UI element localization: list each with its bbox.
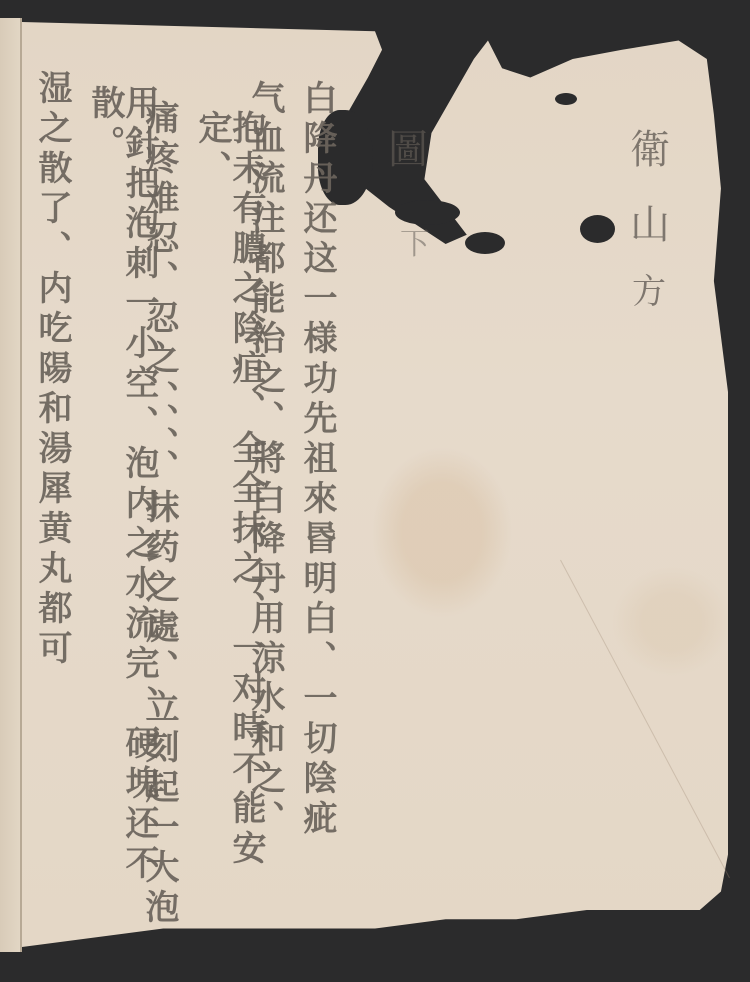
text-column-3: 抱未有膿之陰疽、全全抹之、一对時不能安定、 (195, 110, 263, 940)
fragment-char: 圖 (388, 130, 428, 170)
text-column-1: 白降丹还这一様功先祖來昬明白、一切陰疵 (300, 80, 334, 840)
text-column-6: 湿之散了、内吃陽和湯犀黄丸都可 (35, 70, 69, 670)
fragment-char: 下 (400, 230, 430, 260)
adjacent-page-edge (0, 18, 21, 952)
torn-fragment: 圖 衛 山 方 下 (360, 45, 730, 335)
text-column-5: 用針把泡刺一小空、泡内之水流完、硬塊还不散。 (88, 85, 156, 940)
binding-fold (20, 18, 22, 952)
fragment-char: 衛 (630, 130, 670, 170)
fragment-char: 山 (630, 205, 670, 245)
fragment-char: 方 (632, 275, 666, 309)
